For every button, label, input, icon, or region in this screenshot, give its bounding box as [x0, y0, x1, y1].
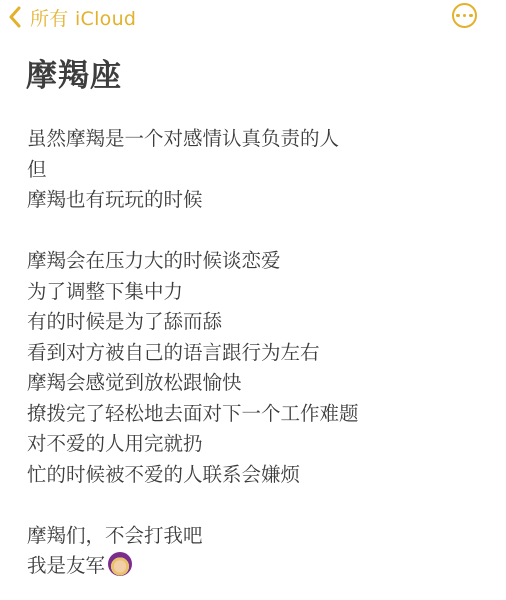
woman-gesturing-ok-emoji-icon: [108, 552, 132, 576]
chevron-left-icon: [8, 6, 22, 28]
back-label: 所有 iCloud: [30, 4, 136, 31]
more-button[interactable]: [452, 3, 477, 28]
back-button[interactable]: 所有 iCloud: [8, 3, 136, 31]
note-line: 有的时候是为了舔而舔: [27, 307, 497, 338]
note-body[interactable]: 虽然摩羯是一个对感情认真负责的人 但 摩羯也有玩玩的时候 摩羯会在压力大的时候谈…: [27, 124, 497, 582]
note-line: 忙的时候被不爱的人联系会嫌烦: [27, 460, 497, 491]
navigation-bar: 所有 iCloud: [0, 0, 506, 36]
dot: [463, 14, 467, 18]
note-line: 摩羯也有玩玩的时候: [27, 185, 497, 216]
blank-line: [27, 490, 497, 521]
note-title: 摩羯座: [26, 50, 122, 95]
note-line: 看到对方被自己的语言跟行为左右: [27, 338, 497, 369]
note-line: 为了调整下集中力: [27, 277, 497, 308]
blank-line: [27, 216, 497, 247]
note-line: 但: [27, 155, 497, 186]
more-ellipsis-circle-icon: [456, 14, 460, 18]
note-line-last: 我是友军: [27, 551, 497, 582]
note-line: 虽然摩羯是一个对感情认真负责的人: [27, 124, 497, 155]
note-line: 摩羯们，不会打我吧: [27, 521, 497, 552]
note-line: 摩羯会感觉到放松跟愉快: [27, 368, 497, 399]
note-line: 撩拨完了轻松地去面对下一个工作难题: [27, 399, 497, 430]
note-line: 摩羯会在压力大的时候谈恋爱: [27, 246, 497, 277]
note-line-text: 我是友军: [27, 554, 105, 577]
note-line: 对不爱的人用完就扔: [27, 429, 497, 460]
dot: [469, 14, 473, 18]
